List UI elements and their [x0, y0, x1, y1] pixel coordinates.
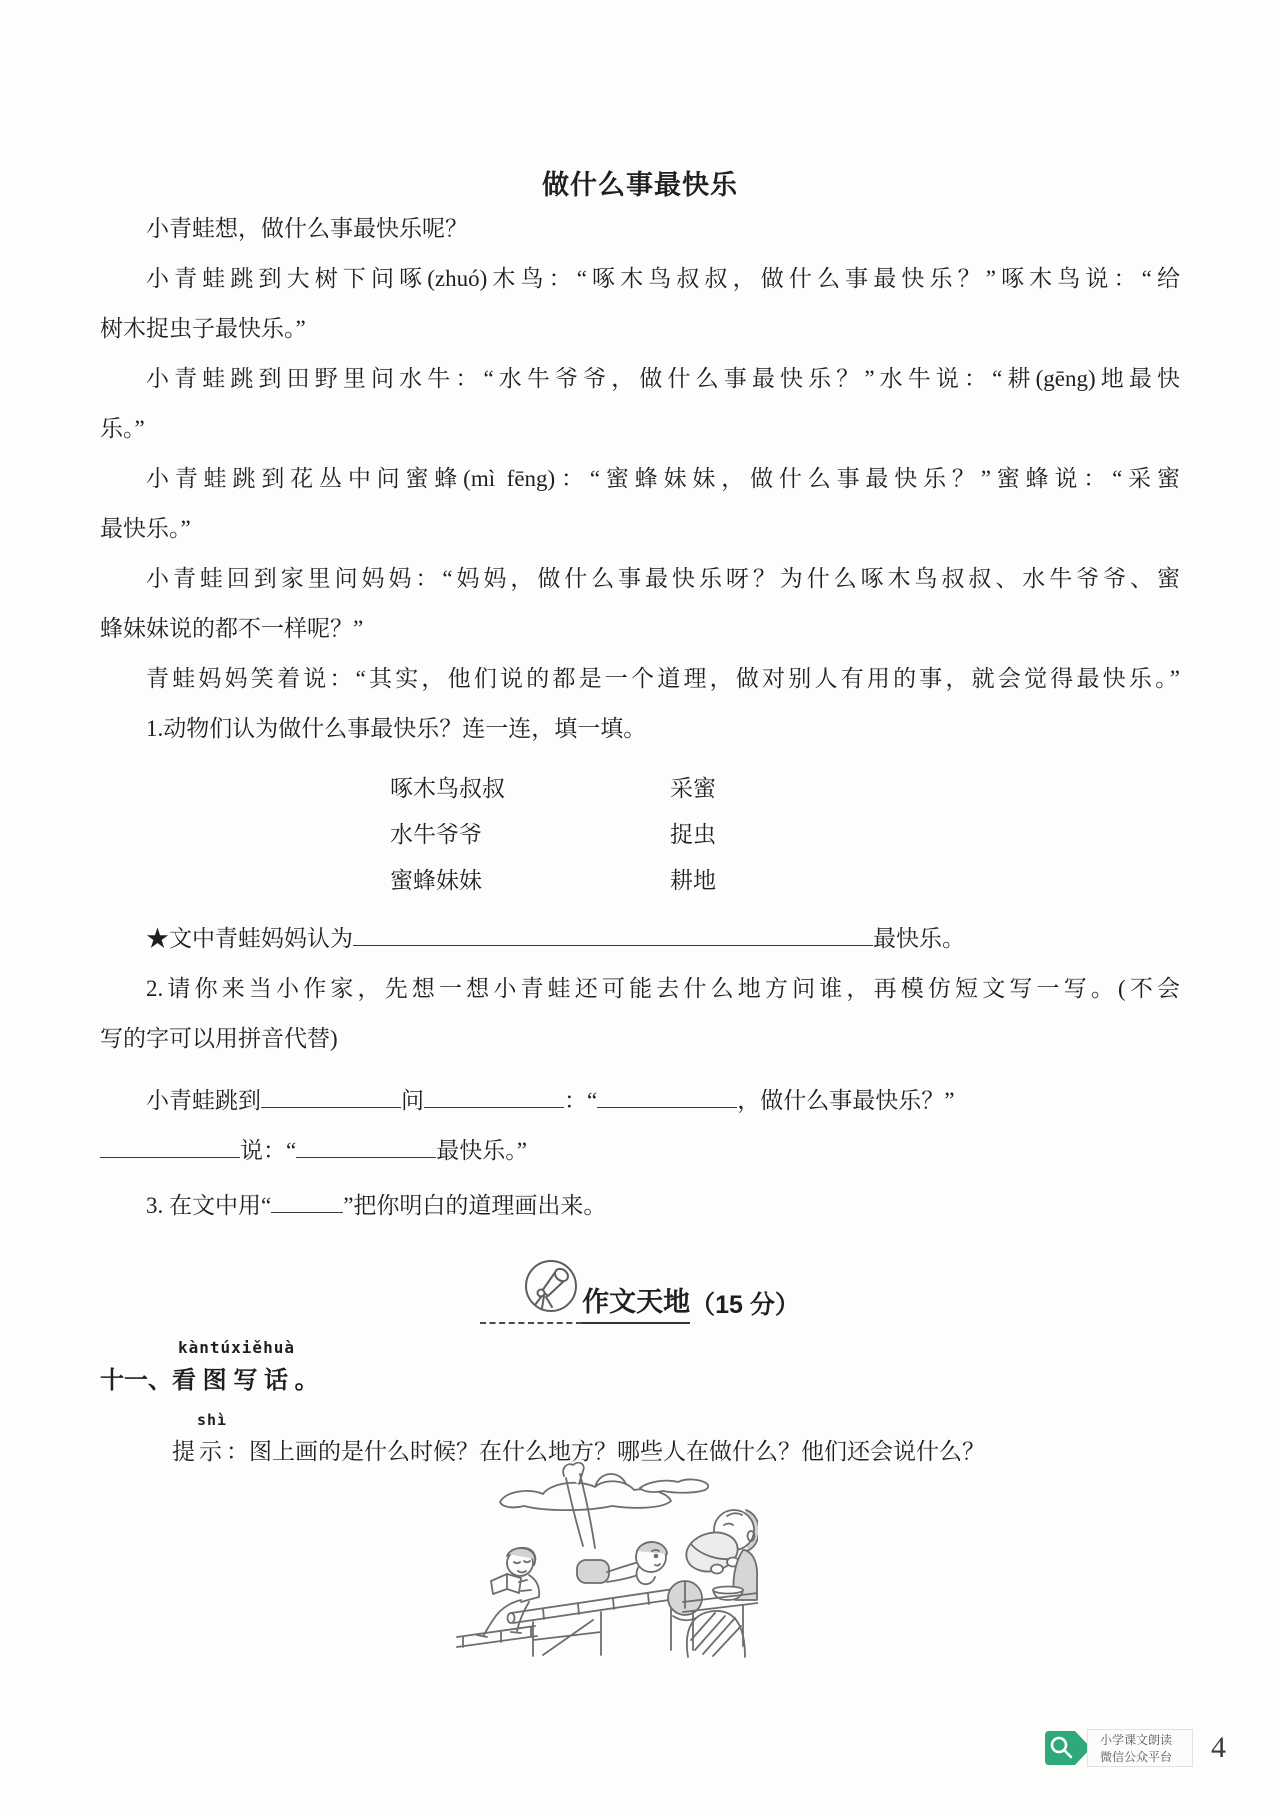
- scene-illustration: [383, 1450, 758, 1665]
- footer-badge-line1: 小学课文朗读: [1100, 1732, 1192, 1749]
- passage-line: 乐。”: [100, 404, 1180, 454]
- answer-blank-underline: [424, 1084, 564, 1108]
- fill-template-line1: 小青蛙跳到问：“，做什么事最快乐？”: [100, 1076, 1180, 1126]
- hint-char: 提: [172, 1439, 195, 1464]
- matching-left-item: 水牛爷爷: [390, 812, 670, 858]
- megaphone-icon: [480, 1258, 582, 1324]
- answer-blank-underline: [100, 1134, 240, 1158]
- essay-section-title: 作文天地: [582, 1280, 690, 1324]
- section-eleven-number: 十一、: [100, 1367, 172, 1394]
- matching-exercise: 啄木鸟叔叔 采蜜 水牛爷爷 捉虫 蜜蜂妹妹 耕地: [390, 766, 1180, 904]
- fill-segment: ：“: [564, 1088, 597, 1113]
- essay-section-score: （15 分）: [690, 1285, 800, 1324]
- passage-body: 小青蛙想，做什么事最快乐呢？ 小青蛙跳到大树下问啄(zhuó)木鸟：“啄木鸟叔叔…: [100, 204, 1180, 1231]
- passage-line: 小青蛙跳到田野里问水牛：“水牛爷爷，做什么事最快乐？”水牛说：“耕(gēng)地…: [100, 354, 1180, 404]
- fill-segment: ，做什么事最快乐？”: [737, 1088, 954, 1113]
- matching-left-item: 蜜蜂妹妹: [390, 858, 670, 904]
- section-eleven-title: 看 图 写 话 。: [172, 1367, 319, 1394]
- passage-line: 蜂妹妹说的都不一样呢？”: [100, 604, 1180, 654]
- question-2-line2: 写的字可以用拼音代替): [100, 1014, 1180, 1064]
- footer-badge-line2: 微信公众平台: [1100, 1749, 1192, 1766]
- footer-badge-text: 小学课文朗读 微信公众平台: [1087, 1729, 1193, 1767]
- pinyin-annotation: kàntúxiěhuà: [178, 1338, 295, 1357]
- matching-right-item: 捉虫: [670, 812, 1180, 858]
- fill-segment: 小青蛙跳到: [146, 1088, 261, 1113]
- matching-right-item: 采蜜: [670, 766, 1180, 812]
- fill-template-line2: 说：“最快乐。”: [100, 1126, 1180, 1176]
- answer-blank-underline: [353, 922, 873, 946]
- worksheet-page: 做什么事最快乐 小青蛙想，做什么事最快乐呢？ 小青蛙跳到大树下问啄(zhuó)木…: [0, 0, 1280, 1810]
- essay-section-header: 作文天地 （15 分）: [0, 1258, 1280, 1324]
- footer-badge: [1043, 1729, 1093, 1767]
- fill-segment: 问: [401, 1088, 424, 1113]
- question-3-line: 3. 在文中用“”把你明白的道理画出来。: [100, 1181, 1180, 1231]
- answer-blank-underline: [271, 1189, 343, 1213]
- fill-segment: 说：“: [240, 1138, 296, 1163]
- star-question-line: ★文中青蛙妈妈认为最快乐。: [100, 914, 1180, 964]
- question-1-label: 1.动物们认为做什么事最快乐？连一连，填一填。: [100, 704, 1180, 754]
- page-number: 4: [1211, 1731, 1226, 1765]
- matching-right-item: 耕地: [670, 858, 1180, 904]
- passage-line: 小青蛙回到家里问妈妈：“妈妈，做什么事最快乐呀？为什么啄木鸟叔叔、水牛爷爷、蜜: [100, 554, 1180, 604]
- question-3-suffix: ”把你明白的道理画出来。: [343, 1193, 606, 1218]
- answer-blank-underline: [261, 1084, 401, 1108]
- answer-blank-underline: [597, 1084, 737, 1108]
- question-2-line1: 2.请你来当小作家，先想一想小青蛙还可能去什么地方问谁，再模仿短文写一写。(不会: [100, 964, 1180, 1014]
- star-question-suffix: 最快乐。: [873, 926, 965, 951]
- passage-line: 最快乐。”: [100, 504, 1180, 554]
- passage-line: 小青蛙跳到花丛中问蜜蜂(mì fēng)：“蜜蜂妹妹，做什么事最快乐？”蜜蜂说：…: [100, 454, 1180, 504]
- hint-ruby: shì示: [199, 1433, 222, 1466]
- passage-line: 小青蛙跳到大树下问啄(zhuó)木鸟：“啄木鸟叔叔，做什么事最快乐？”啄木鸟说：…: [100, 254, 1180, 304]
- footer: 小学课文朗读 微信公众平台 4: [1043, 1729, 1226, 1767]
- passage-title: 做什么事最快乐: [0, 163, 1280, 202]
- question-3-prefix: 3. 在文中用“: [146, 1193, 271, 1218]
- star-question-prefix: ★文中青蛙妈妈认为: [146, 926, 353, 951]
- fill-segment: 最快乐。”: [436, 1138, 527, 1163]
- passage-line: 青蛙妈妈笑着说：“其实，他们说的都是一个道理，做对别人有用的事，就会觉得最快乐。…: [100, 654, 1180, 704]
- answer-blank-underline: [296, 1134, 436, 1158]
- matching-left-item: 啄木鸟叔叔: [390, 766, 670, 812]
- passage-line: 小青蛙想，做什么事最快乐呢？: [100, 204, 1180, 254]
- passage-line: 树木捉虫子最快乐。”: [100, 304, 1180, 354]
- pinyin-annotation: shì: [197, 1411, 227, 1429]
- hint-char: 示: [199, 1439, 222, 1464]
- section-eleven-heading: kàntúxiěhuà 十一、看 图 写 话 。: [100, 1360, 319, 1395]
